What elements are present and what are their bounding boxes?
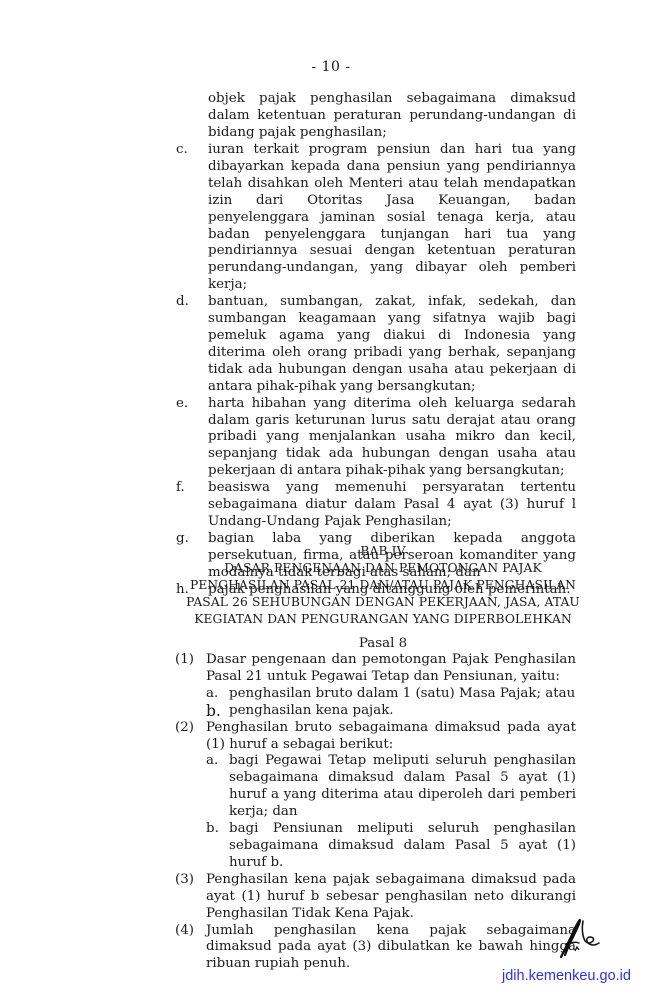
jdih-website-link[interactable]: jdih.kemenkeu.go.id xyxy=(502,968,631,984)
chapter-heading: BAB IV DASAR PENGENAAN DAN PEMOTONGAN PA… xyxy=(160,543,606,628)
list-item-text: beasiswa yang memenuhi persyaratan terte… xyxy=(208,480,576,531)
chapter-title-line: DASAR PENGENAAN DAN PEMOTONGAN PAJAK xyxy=(160,560,606,577)
sub-marker: b. xyxy=(206,703,221,720)
sub-marker: a. xyxy=(206,686,218,703)
document-page: - 10 - objek pajak penghasilan sebagaima… xyxy=(0,0,654,1000)
sub-marker: a. xyxy=(206,753,218,770)
signature-initials-icon xyxy=(555,915,605,960)
sub-item-b: b. penghasilan kena pajak. xyxy=(206,703,576,720)
page-number: - 10 - xyxy=(0,59,654,75)
ayat-text: Dasar pengenaan dan pemotongan Pajak Pen… xyxy=(206,652,576,686)
exclusion-list: c. iuran terkait program pensiun dan har… xyxy=(176,142,576,598)
list-item-text: iuran terkait program pensiun dan hari t… xyxy=(208,142,576,294)
list-item-text: bantuan, sumbangan, zakat, infak, sedeka… xyxy=(208,294,576,395)
list-marker: f. xyxy=(176,480,185,497)
continuation-paragraph: objek pajak penghasilan sebagaimana dima… xyxy=(208,91,576,142)
sub-text: penghasilan bruto dalam 1 (satu) Masa Pa… xyxy=(229,686,576,703)
sub-marker: b. xyxy=(206,821,219,838)
ayat-text: Jumlah penghasilan kena pajak sebagaiman… xyxy=(206,923,576,974)
sub-item-b: b. bagi Pensiunan meliputi seluruh pengh… xyxy=(206,821,576,872)
list-item-c: c. iuran terkait program pensiun dan har… xyxy=(176,142,576,294)
chapter-title-line: PENGHASILAN PASAL 21 DAN/ATAU PAJAK PENG… xyxy=(160,577,606,594)
ayat-2: (2) Penghasilan bruto sebagaimana dimaks… xyxy=(175,720,576,872)
chapter-title-line: KEGIATAN DAN PENGURANGAN YANG DIPERBOLEH… xyxy=(160,611,606,628)
ayat-1: (1) Dasar pengenaan dan pemotongan Pajak… xyxy=(175,652,576,720)
list-marker: d. xyxy=(176,294,189,311)
list-marker: c. xyxy=(176,142,188,159)
chapter-title-line: PASAL 26 SEHUBUNGAN DENGAN PEKERJAAN, JA… xyxy=(160,594,606,611)
sub-item-a: a. penghasilan bruto dalam 1 (satu) Masa… xyxy=(206,686,576,703)
ayat-3: (3) Penghasilan kena pajak sebagaimana d… xyxy=(175,872,576,923)
sub-text: bagi Pensiunan meliputi seluruh penghasi… xyxy=(229,821,576,872)
chapter-label: BAB IV xyxy=(160,543,606,560)
list-marker: e. xyxy=(176,396,188,413)
list-item-text: harta hibahan yang diterima oleh keluarg… xyxy=(208,396,576,481)
list-item-d: d. bantuan, sumbangan, zakat, infak, sed… xyxy=(176,294,576,395)
ayat-text: Penghasilan kena pajak sebagaimana dimak… xyxy=(206,872,576,923)
sub-text: penghasilan kena pajak. xyxy=(229,703,576,720)
ayat-marker: (1) xyxy=(175,652,194,669)
sub-text: bagi Pegawai Tetap meliputi seluruh peng… xyxy=(229,753,576,821)
article-body: (1) Dasar pengenaan dan pemotongan Pajak… xyxy=(175,652,576,973)
ayat-4: (4) Jumlah penghasilan kena pajak sebaga… xyxy=(175,923,576,974)
ayat-marker: (2) xyxy=(175,720,194,737)
list-item-f: f. beasiswa yang memenuhi persyaratan te… xyxy=(176,480,576,531)
ayat-text: Penghasilan bruto sebagaimana dimaksud p… xyxy=(206,720,576,754)
sub-item-a: a. bagi Pegawai Tetap meliputi seluruh p… xyxy=(206,753,576,821)
list-item-e: e. harta hibahan yang diterima oleh kelu… xyxy=(176,396,576,481)
article-title: Pasal 8 xyxy=(160,636,606,651)
ayat-marker: (3) xyxy=(175,872,194,889)
ayat-marker: (4) xyxy=(175,923,194,940)
